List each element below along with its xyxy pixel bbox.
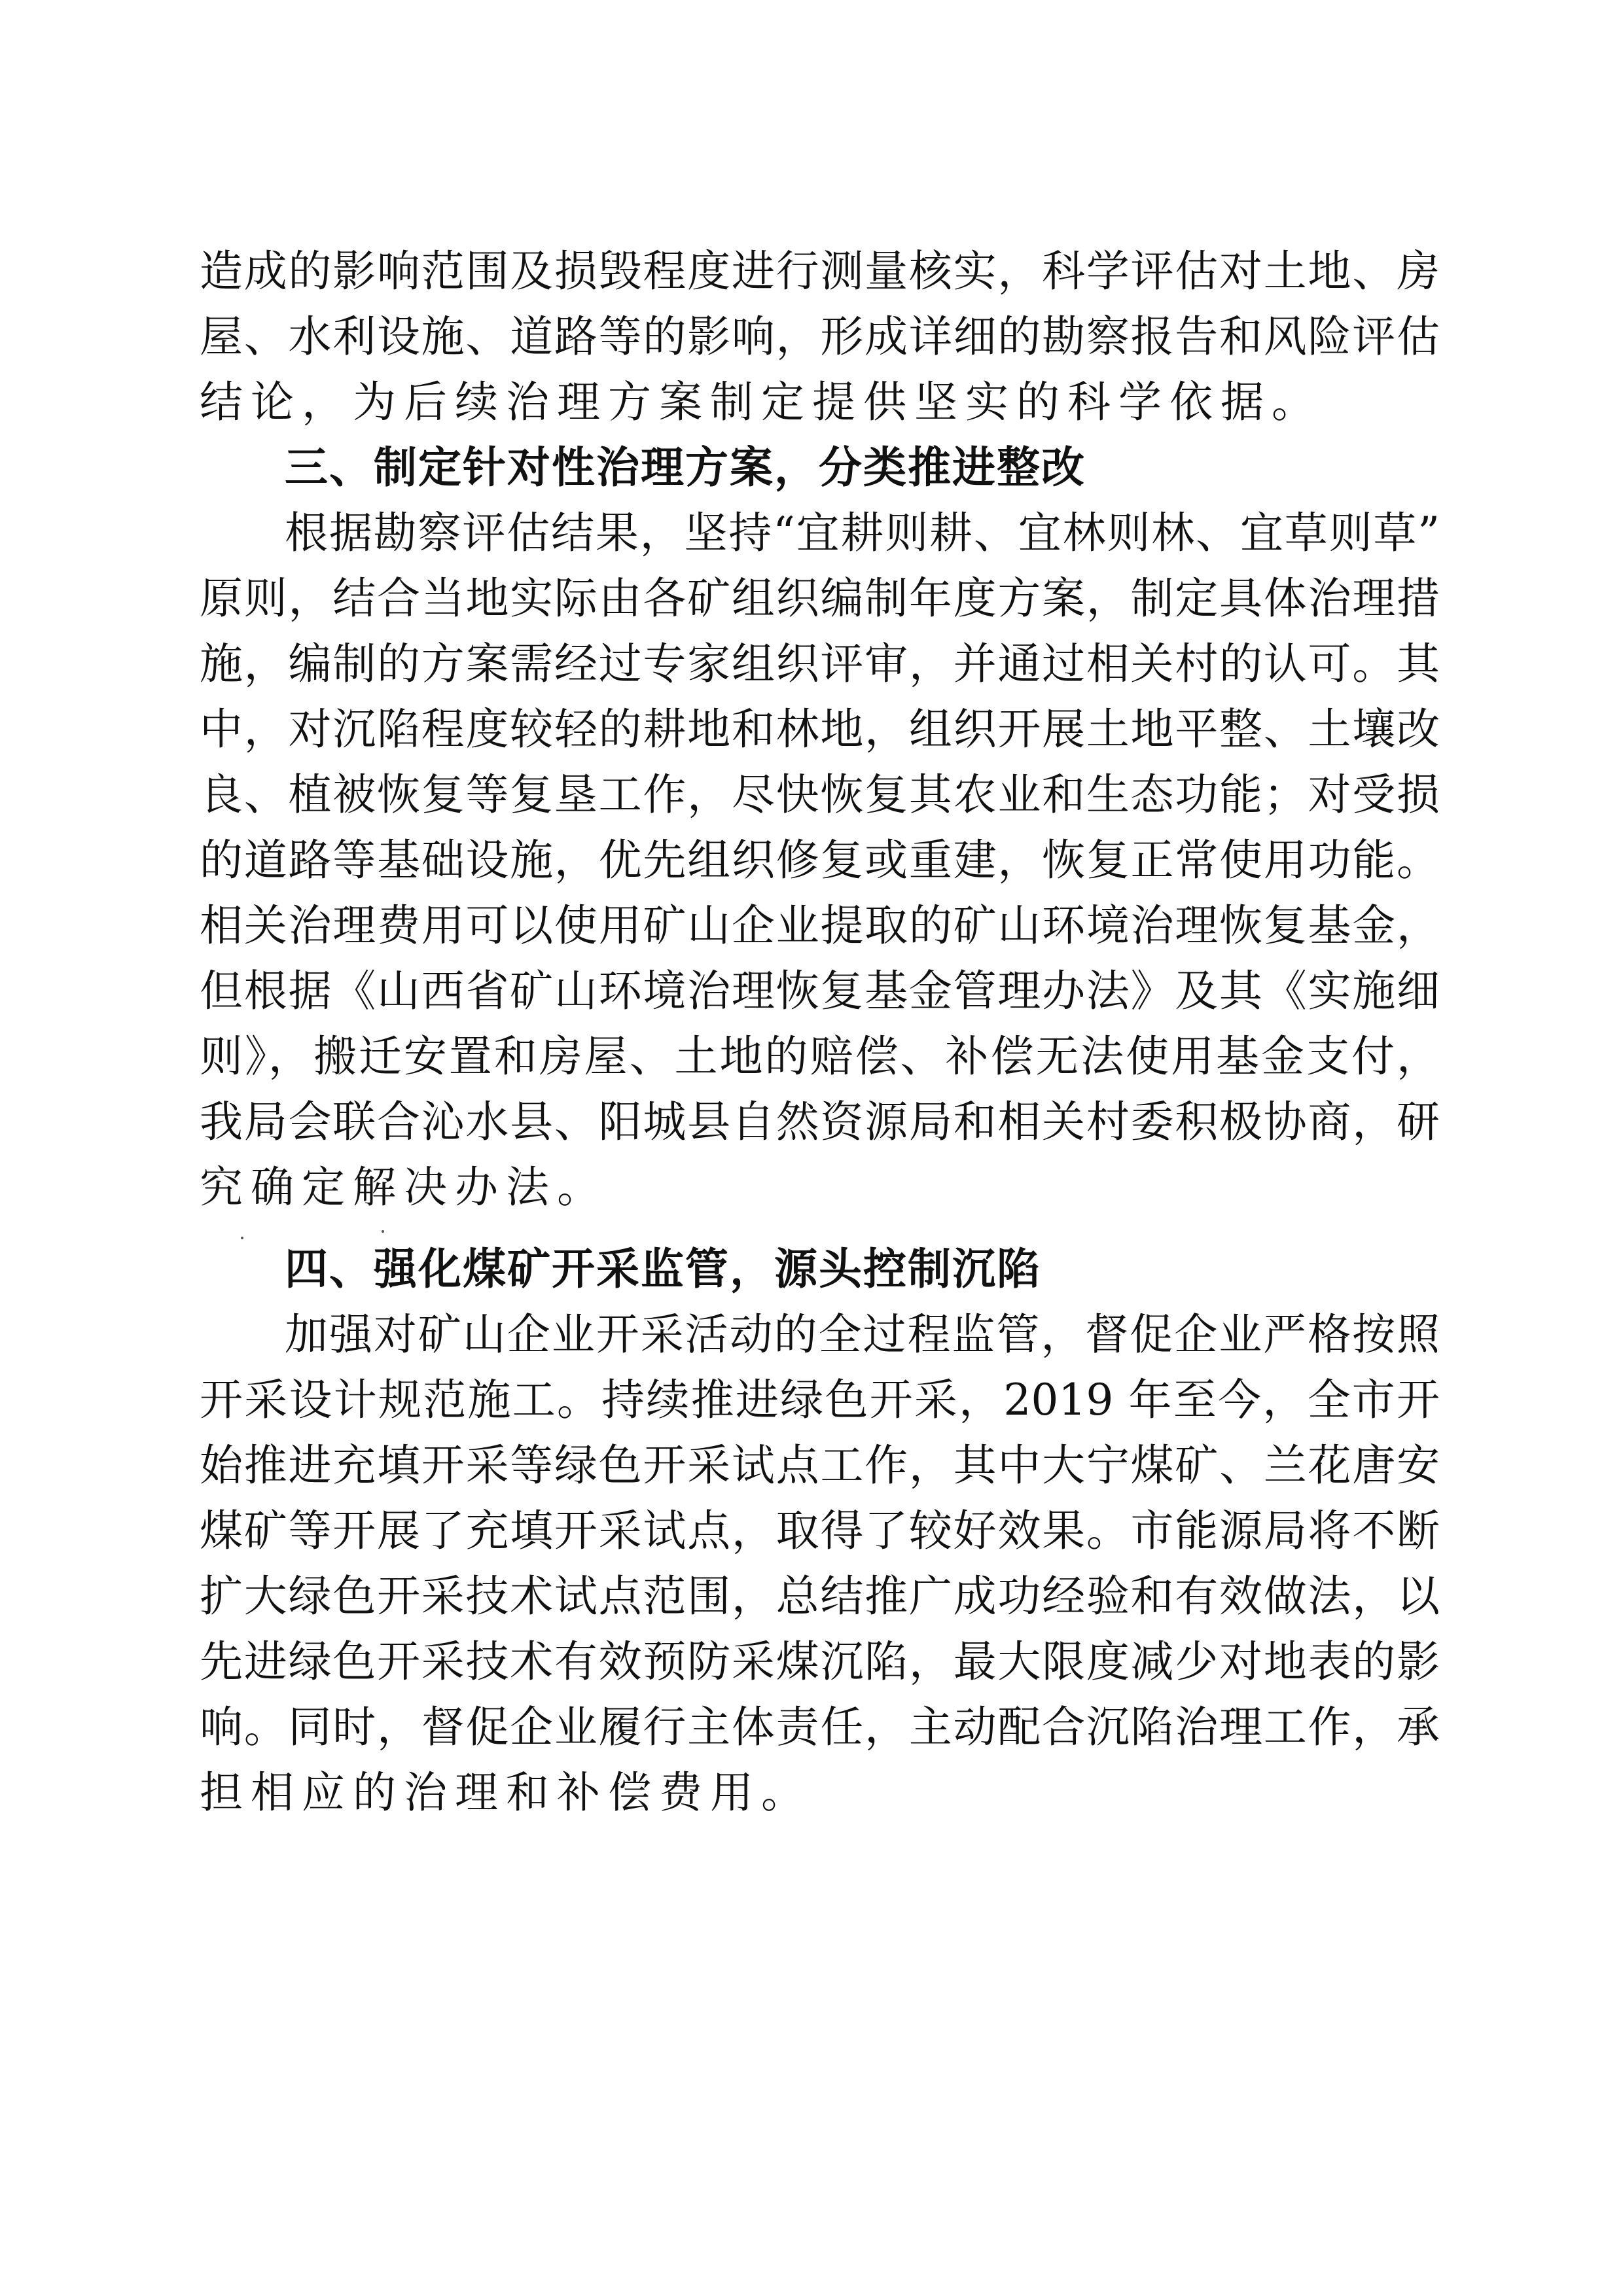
section-3-heading: 三、制定针对性治理方案，分类推进整改 <box>285 442 1086 494</box>
paragraph-line: 良、植被恢复等复垦工作，尽快恢复其农业和生态功能；对受损 <box>200 769 1440 821</box>
paragraph-line: 响。同时，督促企业履行主体责任，主动配合沉陷治理工作，承 <box>200 1701 1440 1754</box>
paragraph-line: 煤矿等开展了充填开采试点，取得了较好效果。市能源局将不断 <box>200 1505 1440 1557</box>
paragraph-line: 的道路等基础设施，优先组织修复或重建，恢复正常使用功能。 <box>200 834 1440 887</box>
scan-speck <box>382 1230 384 1233</box>
paragraph-line: 加强对矿山企业开采活动的全过程监管，督促企业严格按照 <box>285 1309 1440 1361</box>
paragraph-line: 始推进充填开采等绿色开采试点工作，其中大宁煤矿、兰花唐安 <box>200 1439 1440 1492</box>
scan-speck <box>241 1237 243 1239</box>
paragraph-line: 我局会联合沁水县、阳城县自然资源局和相关村委积极协商，研 <box>200 1096 1440 1148</box>
paragraph-line: 担相应的治理和补偿费用。 <box>200 1767 1440 1819</box>
paragraph-line: 施，编制的方案需经过专家组织评审，并通过相关村的认可。其 <box>200 638 1440 690</box>
paragraph-line: 相关治理费用可以使用矿山企业提取的矿山环境治理恢复基金， <box>200 900 1440 952</box>
paragraph-line: 根据勘察评估结果，坚持“宜耕则耕、宜林则林、宜草则草” <box>285 507 1440 559</box>
paragraph-line: 中，对沉陷程度较轻的耕地和林地，组织开展土地平整、土壤改 <box>200 703 1440 756</box>
paragraph-line: 原则，结合当地实际由各矿组织编制年度方案，制定具体治理措 <box>200 573 1440 625</box>
paragraph-line: 究确定解决办法。 <box>200 1161 1440 1214</box>
paragraph-line: 结论，为后续治理方案制定提供坚实的科学依据。 <box>200 376 1440 429</box>
paragraph-line: 先进绿色开采技术有效预防采煤沉陷，最大限度减少对地表的影 <box>200 1636 1440 1688</box>
paragraph-line: 屋、水利设施、道路等的影响，形成详细的勘察报告和风险评估 <box>200 311 1440 363</box>
paragraph-line: 则》，搬迁安置和房屋、土地的赔偿、补偿无法使用基金支付， <box>200 1031 1440 1083</box>
paragraph-line: 开采设计规范施工。持续推进绿色开采，2019 年至今，全市开 <box>200 1374 1440 1426</box>
paragraph-line: 造成的影响范围及损毁程度进行测量核实，科学评估对土地、房 <box>200 245 1440 298</box>
paragraph-line: 扩大绿色开采技术试点范围，总结推广成功经验和有效做法，以 <box>200 1570 1440 1623</box>
section-4-heading: 四、强化煤矿开采监管，源头控制沉陷 <box>285 1243 1041 1296</box>
paragraph-line: 但根据《山西省矿山环境治理恢复基金管理办法》及其《实施细 <box>200 965 1440 1017</box>
document-page: 造成的影响范围及损毁程度进行测量核实，科学评估对土地、房 屋、水利设施、道路等的… <box>0 0 1623 2296</box>
